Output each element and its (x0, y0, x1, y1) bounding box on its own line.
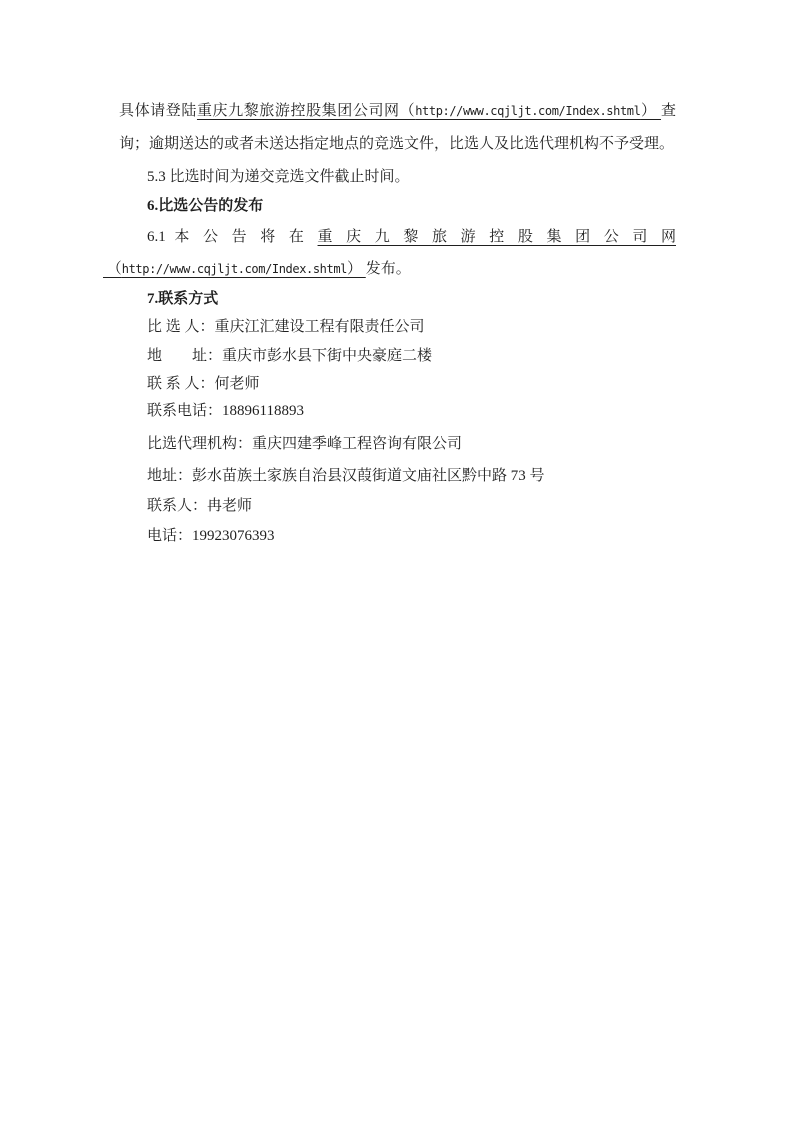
agency-phone-label: 电话： (147, 528, 192, 544)
site-link-name: 重庆九黎旅游控股集团公司网（ (197, 103, 415, 119)
site-url: http://www.cqjljt.com/Index.shtml (122, 262, 347, 276)
site-url-open: （ (103, 261, 122, 277)
site-name-underlined: 重 庆 九 黎 旅 游 控 股 集 团 公 司 网 (318, 229, 676, 245)
site-link-close: ） (640, 103, 661, 119)
bixuan-contact-line: 联 系 人：何老师 (147, 374, 260, 395)
agency-phone-line: 电话：19923076393 (147, 526, 275, 547)
delivery-text: 具体请登陆 (119, 103, 197, 119)
agency-address-suffix: 号 (526, 468, 545, 484)
agency-name-line: 比选代理机构：重庆四建季峰工程咨询有限公司 (147, 434, 462, 455)
agency-phone-number: 19923076393 (192, 528, 275, 544)
document-page: 具体请登陆重庆九黎旅游控股集团公司网（http://www.cqjljt.com… (0, 0, 793, 1122)
site-url-link: （http://www.cqjljt.com/Index.shtml） (103, 261, 366, 277)
paragraph-delivery-line1: 具体请登陆重庆九黎旅游控股集团公司网（http://www.cqjljt.com… (119, 101, 676, 122)
heading-6: 6.比选公告的发布 (147, 196, 263, 217)
agency-address-line: 地址：彭水苗族土家族自治县汉葭街道文庙社区黔中路 73 号 (147, 466, 545, 487)
site-link: 重庆九黎旅游控股集团公司网（http://www.cqjljt.com/Inde… (197, 103, 661, 119)
agency-address-number: 73 (511, 468, 526, 484)
paragraph-delivery-line2: 询；逾期送达的或者未送达指定地点的竞选文件，比选人及比选代理机构不予受理。 (119, 134, 674, 155)
item-6-1-line2: （http://www.cqjljt.com/Index.shtml） 发布。 (103, 259, 411, 280)
item-6-1-suffix: 发布。 (366, 261, 411, 277)
heading-7: 7.联系方式 (147, 289, 218, 310)
site-link-url: http://www.cqjljt.com/Index.shtml (415, 104, 640, 118)
item-6-1-text: 6.1 本 公 告 将 在 (147, 229, 318, 245)
item-5-3: 5.3 比选时间为递交竞选文件截止时间。 (147, 167, 410, 188)
bixuan-phone-number: 18896118893 (222, 403, 304, 419)
bixuan-person-line: 比 选 人：重庆江汇建设工程有限责任公司 (147, 317, 425, 338)
agency-contact-line: 联系人：冉老师 (147, 496, 252, 517)
site-url-close: ） (347, 261, 366, 277)
bixuan-phone-line: 联系电话：18896118893 (147, 401, 304, 422)
delivery-text-end: 查 (661, 103, 676, 119)
bixuan-phone-label: 联系电话： (147, 403, 222, 419)
item-6-1-line1: 6.1 本 公 告 将 在 重 庆 九 黎 旅 游 控 股 集 团 公 司 网 (147, 227, 676, 248)
bixuan-address-line: 地 址：重庆市彭水县下街中央豪庭二楼 (147, 346, 432, 367)
agency-address-text: 地址：彭水苗族土家族自治县汉葭街道文庙社区黔中路 (147, 468, 511, 484)
